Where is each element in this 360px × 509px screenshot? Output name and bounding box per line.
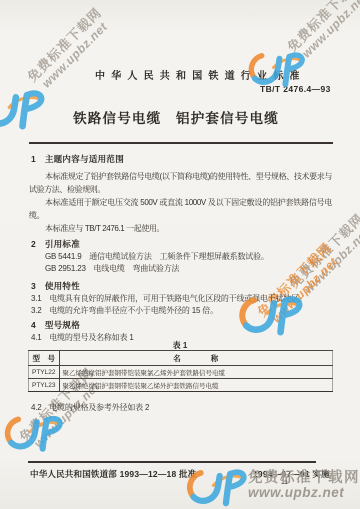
section-3-item-2: 3.2 电缆的允许弯曲半径应不小于电缆外径的 15 倍。 — [31, 305, 218, 316]
cell-name: 聚乙烯绝缘铝护套钢带铠装聚氯乙烯外护套铁路信号电缆 — [59, 366, 333, 379]
approval-note: 中华人民共和国铁道部 1993—12—18 批准 — [30, 468, 196, 480]
standard-code: TB/T 2476.4—93 — [260, 84, 331, 94]
footer-rule — [28, 461, 316, 463]
page-number: 11 — [281, 479, 288, 486]
section-1-heading: 1 主题内容与适用范围 — [31, 153, 124, 165]
reference-gb-2951-23: GB 2951.23 电线电缆 弯曲试验方法 — [45, 263, 179, 274]
standard-type-label: 中华人民共和国铁道行业标准 — [95, 67, 306, 82]
page-title: 铁路信号电缆 铝护套信号电缆 — [0, 107, 352, 127]
section-3-heading: 3 使用特性 — [31, 280, 80, 292]
cell-name: 聚乙烯绝缘铝护套钢带铠装聚乙烯外护套铁路信号电缆 — [59, 379, 333, 392]
column-header-name: 名 称 — [59, 351, 333, 366]
table-row: PTYL23 聚乙烯绝缘铝护套钢带铠装聚乙烯外护套铁路信号电缆 — [29, 379, 333, 392]
cell-model: PTYL23 — [29, 379, 60, 392]
title-rule — [29, 142, 333, 144]
cell-model: PTYL22 — [29, 366, 60, 379]
table-1: 型 号 名 称 PTYL22 聚乙烯绝缘铝护套钢带铠装聚氯乙烯外护套铁路信号电缆… — [28, 350, 333, 392]
reference-gb-5441-9: GB 5441.9 通信电缆试验方法 工频条件下理想屏蔽系数试验。 — [45, 251, 269, 262]
implementation-note: 1994—07—01 实施 — [253, 468, 330, 480]
section-1-paragraph-2: 本标准适用于额定电压交流 500V 或直流 1000V 及以下固定敷设的铝护套铁… — [29, 196, 332, 223]
section-2-heading: 2 引用标准 — [31, 238, 80, 250]
document-content: 中华人民共和国铁道行业标准 TB/T 2476.4—93 铁路信号电缆 铝护套信… — [0, 0, 360, 509]
section-4-heading: 4 型号规格 — [31, 319, 80, 331]
scanned-standard-page: 免费标准下载网 www.upbz.net 免费标准下载网 www.upbz.ne… — [0, 0, 360, 509]
section-1-paragraph-1: 本标准规定了铝护套铁路信号电缆(以下简称电缆)的使用特性、型号规格、技术要求与试… — [29, 170, 332, 197]
column-header-model: 型 号 — [29, 351, 60, 366]
section-4-item-2: 4.2 电缆的规格及参考外径如表 2 — [31, 402, 149, 413]
section-1-paragraph-3: 本标准应与 TB/T 2476.1 一起使用。 — [29, 222, 332, 236]
section-3-item-1: 3.1 电缆具有良好的屏蔽作用，可用于铁路电气化区段的干线或强电干扰地区。 — [31, 293, 307, 304]
table-row: PTYL22 聚乙烯绝缘铝护套钢带铠装聚氯乙烯外护套铁路信号电缆 — [29, 366, 333, 379]
table-header-row: 型 号 名 称 — [29, 351, 333, 366]
